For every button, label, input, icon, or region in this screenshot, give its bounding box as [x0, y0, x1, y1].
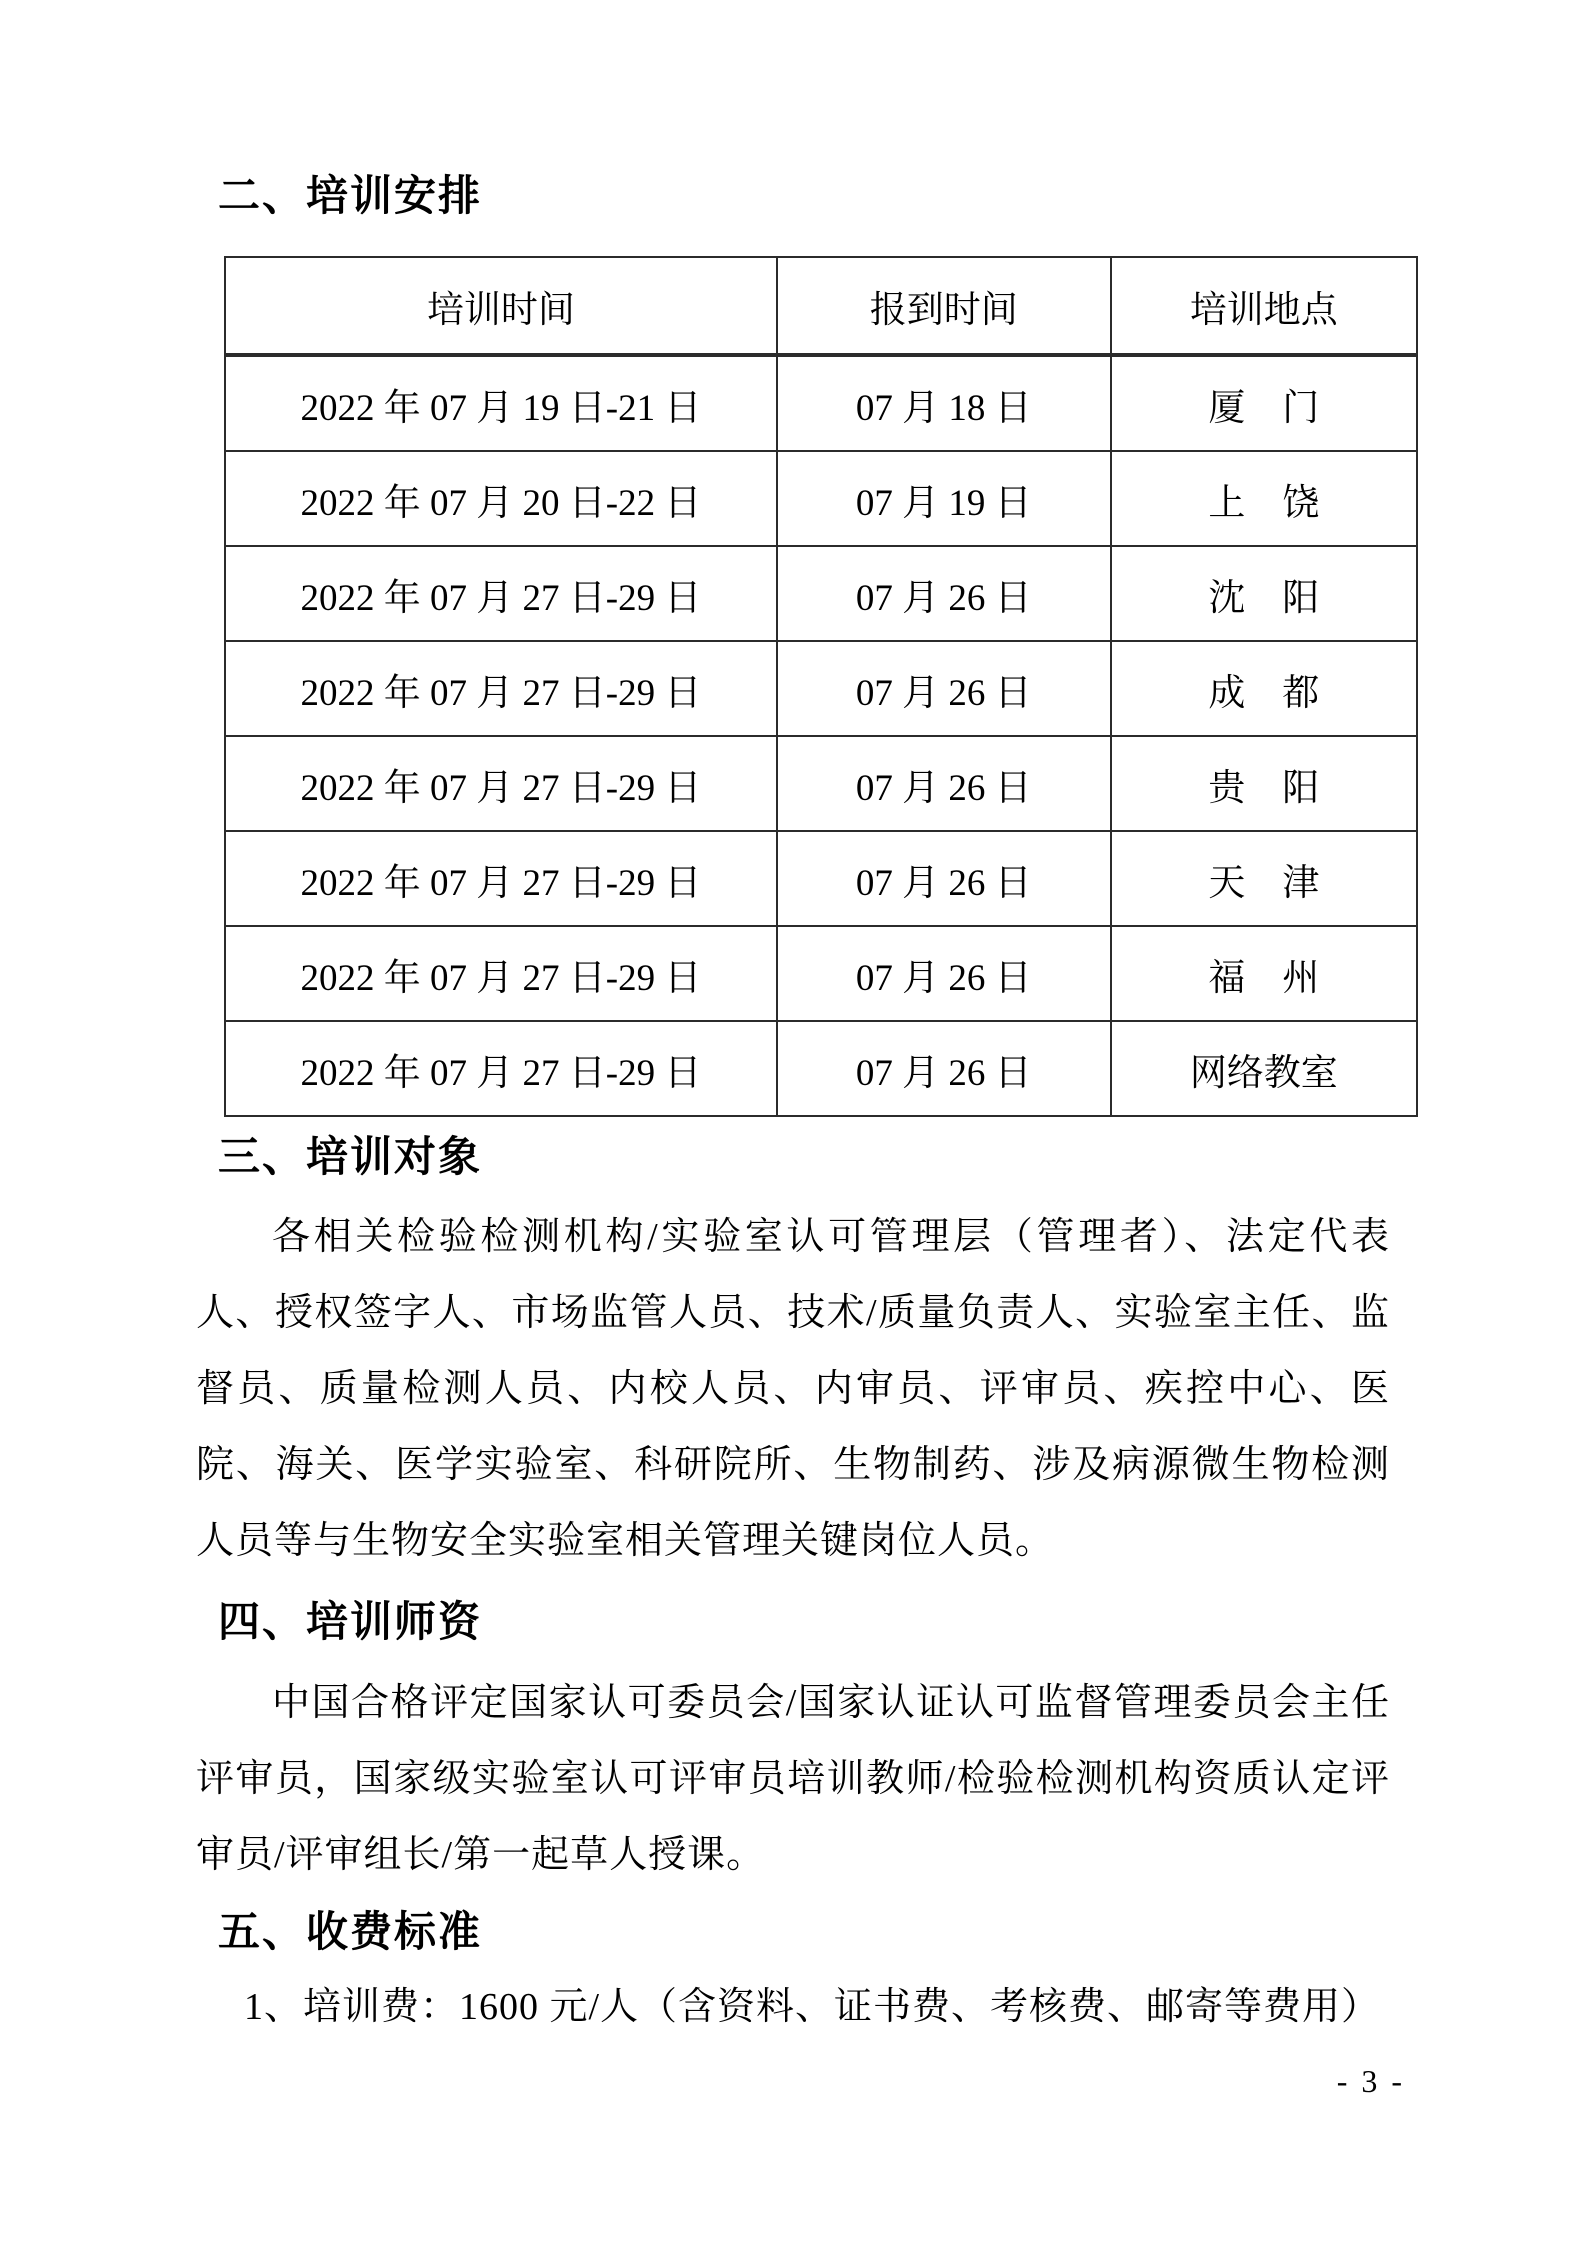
cell-training-location: 天 津	[1111, 831, 1417, 926]
cell-training-time: 2022 年 07 月 27 日-29 日	[225, 641, 777, 736]
training-target-paragraph: 各相关检验检测机构/实验室认可管理层（管理者）、法定代表人、授权签字人、市场监管…	[196, 1199, 1390, 1579]
cell-training-location: 上 饶	[1111, 451, 1417, 546]
table-row: 2022 年 07 月 27 日-29 日07 月 26 日天 津	[225, 831, 1417, 926]
section-fee-standard-heading: 五、收费标准	[218, 1908, 1390, 1956]
section-training-teachers-heading: 四、培训师资	[218, 1598, 1390, 1646]
cell-training-location: 福 州	[1111, 926, 1417, 1021]
cell-training-location: 沈 阳	[1111, 546, 1417, 641]
cell-training-location: 厦 门	[1111, 355, 1417, 451]
cell-training-time: 2022 年 07 月 27 日-29 日	[225, 926, 777, 1021]
page-number: - 3 -	[1337, 2063, 1405, 2100]
table-row: 2022 年 07 月 27 日-29 日07 月 26 日沈 阳	[225, 546, 1417, 641]
cell-training-location: 网络教室	[1111, 1021, 1417, 1116]
training-schedule-table: 培训时间 报到时间 培训地点 2022 年 07 月 19 日-21 日07 月…	[224, 256, 1418, 1117]
cell-training-time: 2022 年 07 月 27 日-29 日	[225, 736, 777, 831]
cell-training-time: 2022 年 07 月 20 日-22 日	[225, 451, 777, 546]
table-row: 2022 年 07 月 27 日-29 日07 月 26 日网络教室	[225, 1021, 1417, 1116]
table-row: 2022 年 07 月 27 日-29 日07 月 26 日贵 阳	[225, 736, 1417, 831]
cell-checkin-time: 07 月 19 日	[777, 451, 1111, 546]
cell-checkin-time: 07 月 18 日	[777, 355, 1111, 451]
table-row: 2022 年 07 月 20 日-22 日07 月 19 日上 饶	[225, 451, 1417, 546]
fee-item: 1、培训费：1600 元/人（含资料、证书费、考核费、邮寄等费用）	[196, 1969, 1390, 2045]
cell-training-time: 2022 年 07 月 27 日-29 日	[225, 546, 777, 641]
table-row: 2022 年 07 月 27 日-29 日07 月 26 日成 都	[225, 641, 1417, 736]
cell-checkin-time: 07 月 26 日	[777, 831, 1111, 926]
document-page: 二、培训安排 培训时间 报到时间 培训地点 2022 年 07 月 19 日-2…	[0, 0, 1588, 2245]
training-teachers-paragraph: 中国合格评定国家认可委员会/国家认证认可监督管理委员会主任评审员，国家级实验室认…	[196, 1665, 1390, 1893]
cell-checkin-time: 07 月 26 日	[777, 926, 1111, 1021]
table-row: 2022 年 07 月 27 日-29 日07 月 26 日福 州	[225, 926, 1417, 1021]
cell-checkin-time: 07 月 26 日	[777, 546, 1111, 641]
section-training-target-heading: 三、培训对象	[218, 1133, 1390, 1181]
cell-checkin-time: 07 月 26 日	[777, 736, 1111, 831]
cell-checkin-time: 07 月 26 日	[777, 1021, 1111, 1116]
column-header-checkin-time: 报到时间	[777, 257, 1111, 355]
table-row: 2022 年 07 月 19 日-21 日07 月 18 日厦 门	[225, 355, 1417, 451]
cell-checkin-time: 07 月 26 日	[777, 641, 1111, 736]
cell-training-location: 贵 阳	[1111, 736, 1417, 831]
column-header-training-location: 培训地点	[1111, 257, 1417, 355]
section-training-schedule-heading: 二、培训安排	[218, 172, 1390, 220]
cell-training-time: 2022 年 07 月 27 日-29 日	[225, 831, 777, 926]
column-header-training-time: 培训时间	[225, 257, 777, 355]
table-header-row: 培训时间 报到时间 培训地点	[225, 257, 1417, 355]
cell-training-location: 成 都	[1111, 641, 1417, 736]
cell-training-time: 2022 年 07 月 27 日-29 日	[225, 1021, 777, 1116]
cell-training-time: 2022 年 07 月 19 日-21 日	[225, 355, 777, 451]
